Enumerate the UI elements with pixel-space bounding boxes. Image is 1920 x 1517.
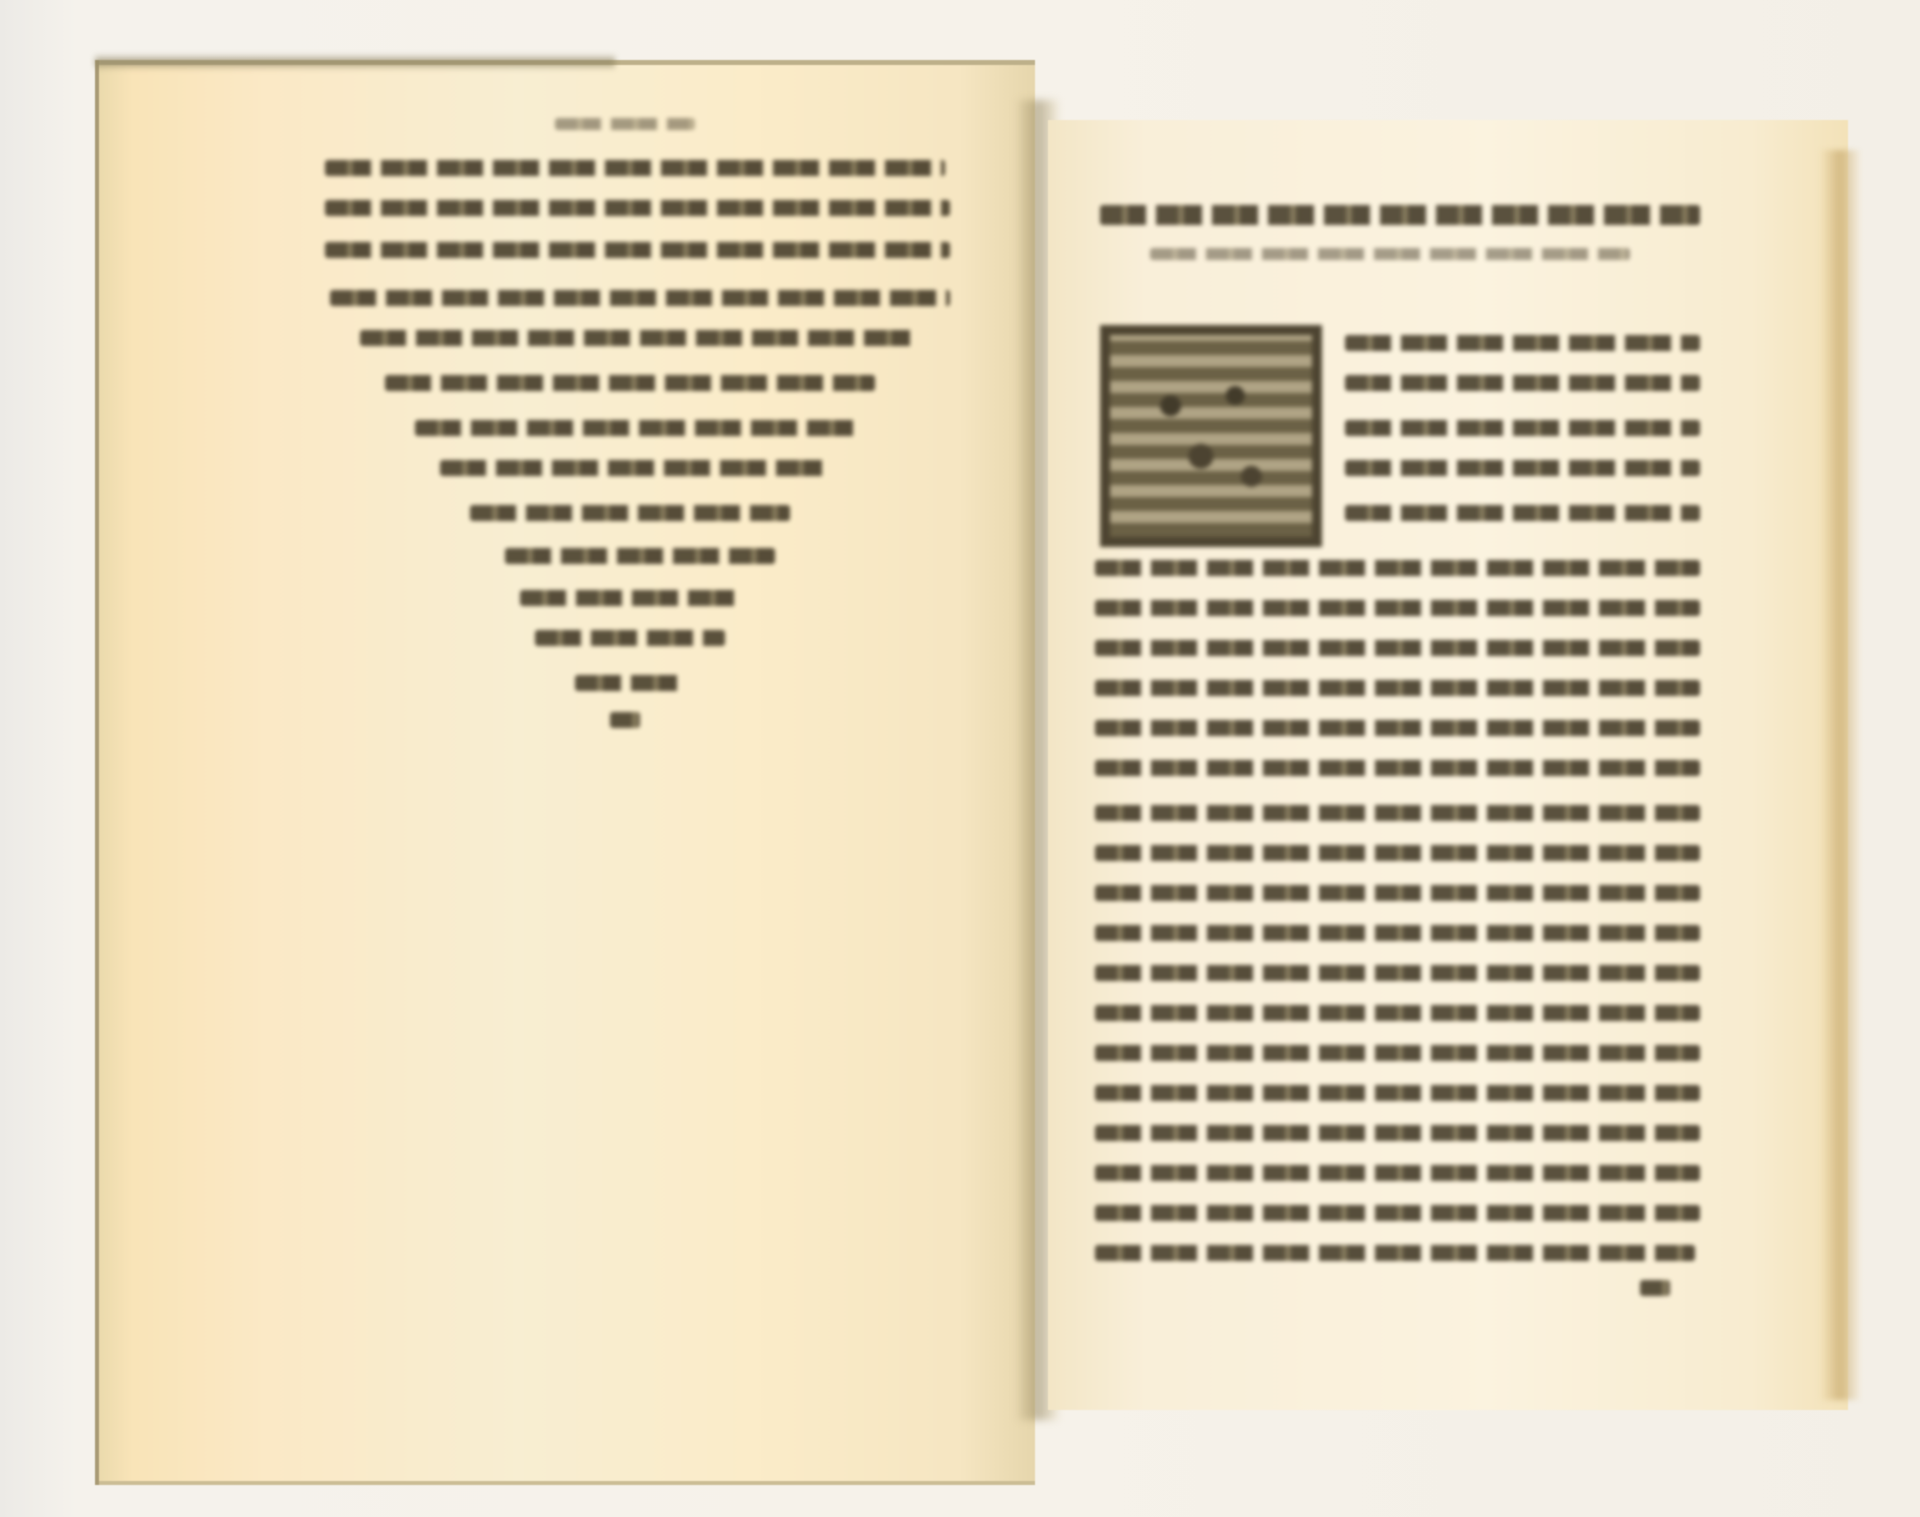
text-line: [1095, 1125, 1700, 1141]
text-line: [325, 160, 945, 176]
heading-line: [1150, 248, 1630, 260]
text-line: [1345, 420, 1700, 436]
text-line: [610, 712, 640, 728]
text-line: [1095, 600, 1700, 616]
text-line: [1095, 760, 1700, 776]
text-line: [325, 242, 950, 258]
text-line: [385, 375, 875, 391]
text-line: [440, 460, 830, 476]
text-line: [1095, 560, 1700, 576]
text-line: [1095, 1005, 1700, 1021]
text-line: [1095, 680, 1700, 696]
text-line: [415, 420, 855, 436]
right-page-edge: [1820, 150, 1860, 1400]
text-line: [535, 630, 725, 646]
text-line: [470, 505, 790, 521]
text-line: [1095, 640, 1700, 656]
text-line: [1095, 1085, 1700, 1101]
text-line: [1345, 460, 1700, 476]
text-line: [1345, 375, 1700, 391]
text-line: [520, 590, 740, 606]
text-line: [1095, 720, 1700, 736]
text-line: [360, 330, 920, 346]
text-line: [1095, 925, 1700, 941]
text-line: [575, 675, 685, 691]
text-line: [1095, 965, 1700, 981]
text-line: [1640, 1280, 1670, 1296]
text-line: [505, 548, 775, 564]
text-line: [1345, 505, 1700, 521]
text-line: [1345, 335, 1700, 351]
text-line: [1095, 885, 1700, 901]
text-line: [330, 290, 950, 306]
text-line: [325, 200, 950, 216]
open-book-photo: [0, 0, 1920, 1517]
heading-line: [1100, 205, 1700, 225]
text-line: [1095, 1205, 1700, 1221]
text-line: [1095, 1245, 1695, 1261]
left-page-top-edge: [95, 54, 615, 70]
decorated-initial-woodcut: [1100, 325, 1322, 547]
text-line: [1095, 845, 1700, 861]
text-line: [1095, 1165, 1700, 1181]
text-line: [1095, 805, 1700, 821]
text-line: [1095, 1045, 1700, 1061]
text-line: [555, 118, 695, 130]
left-page: [95, 60, 1035, 1485]
